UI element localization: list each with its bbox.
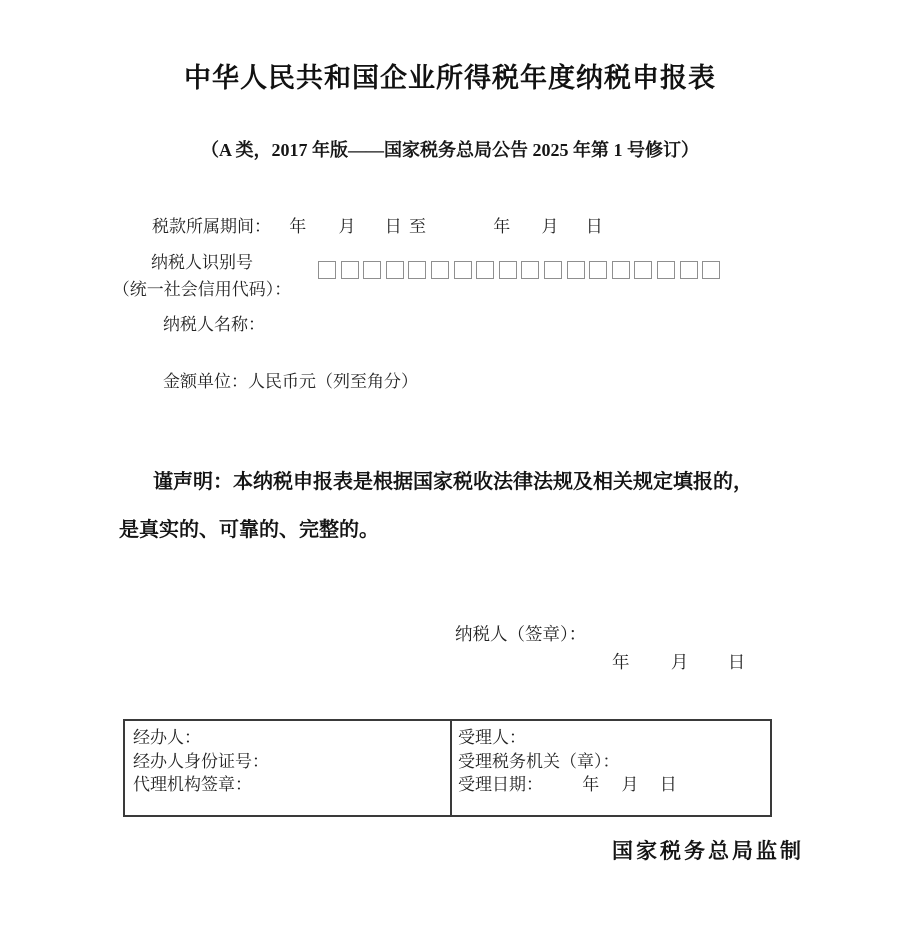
tax-authority-label: 受理税务机关（章）：	[458, 750, 764, 774]
agency-seal-label: 代理机构签章：	[133, 773, 444, 797]
acceptance-date-label: 受理日期：	[458, 773, 543, 797]
acceptance-day-label: 日	[660, 773, 677, 797]
handling-table-left-cell: 经办人： 经办人身份证号： 代理机构签章：	[125, 721, 452, 815]
id-digit-box	[386, 261, 404, 279]
declaration-statement: 谨声明：本纳税申报表是根据国家税收法律法规及相关规定填报的， 是真实的、可靠的、…	[119, 458, 829, 554]
id-digit-box	[499, 261, 517, 279]
taxpayer-id-label-line2: （统一社会信用代码）：	[106, 276, 298, 303]
page-subtitle: （A 类，2017 年版——国家税务总局公告 2025 年第 1 号修订）	[0, 136, 900, 162]
taxpayer-id-label-line1: 纳税人识别号	[106, 249, 298, 276]
handling-table-right-cell: 受理人： 受理税务机关（章）： 受理日期： 年 月 日	[452, 721, 770, 815]
handling-acceptance-table: 经办人： 经办人身份证号： 代理机构签章： 受理人： 受理税务机关（章）： 受理…	[123, 719, 772, 817]
declaration-line1: 谨声明：本纳税申报表是根据国家税收法律法规及相关规定填报的，	[119, 458, 829, 506]
tax-period-label: 税款所属期间：	[152, 212, 271, 237]
signature-year-label: 年	[612, 649, 630, 674]
id-digit-box	[476, 261, 494, 279]
id-digit-box	[612, 261, 630, 279]
id-digit-box	[431, 261, 449, 279]
acceptance-year-label: 年	[582, 773, 599, 797]
id-digit-box	[702, 261, 720, 279]
id-digit-box	[408, 261, 426, 279]
id-digit-box	[341, 261, 359, 279]
period-start-day-label: 日	[385, 212, 402, 237]
id-digit-box	[657, 261, 675, 279]
period-start-year-label: 年	[289, 212, 306, 237]
period-end-year-label: 年	[493, 212, 510, 237]
taxpayer-id-boxes	[318, 261, 720, 279]
id-digit-box	[634, 261, 652, 279]
acceptance-date-row: 受理日期： 年 月 日	[458, 773, 764, 797]
signature-date-row: 年 月 日	[612, 649, 745, 674]
agent-label: 经办人：	[133, 726, 444, 750]
period-end-day-label: 日	[586, 212, 603, 237]
period-to-label: 至	[409, 212, 426, 237]
id-digit-box	[680, 261, 698, 279]
period-start-month-label: 月	[339, 212, 356, 237]
period-end-month-label: 月	[542, 212, 559, 237]
signature-day-label: 日	[728, 649, 746, 674]
taxpayer-name-label: 纳税人名称：	[163, 310, 265, 335]
tax-return-cover-page: 中华人民共和国企业所得税年度纳税申报表 （A 类，2017 年版——国家税务总局…	[0, 0, 900, 936]
agent-id-label: 经办人身份证号：	[133, 750, 444, 774]
signature-month-label: 月	[671, 649, 689, 674]
id-digit-box	[589, 261, 607, 279]
page-title: 中华人民共和国企业所得税年度纳税申报表	[0, 56, 900, 95]
id-digit-box	[454, 261, 472, 279]
taxpayer-id-label: 纳税人识别号 （统一社会信用代码）：	[106, 249, 298, 303]
declaration-line2: 是真实的、可靠的、完整的。	[119, 506, 829, 554]
issuer-label: 国家税务总局监制	[612, 835, 804, 865]
id-digit-box	[544, 261, 562, 279]
acceptance-month-label: 月	[622, 773, 639, 797]
id-digit-box	[318, 261, 336, 279]
currency-unit-label: 金额单位：人民币元（列至角分）	[163, 367, 418, 392]
id-digit-box	[521, 261, 539, 279]
id-digit-box	[567, 261, 585, 279]
taxpayer-signature-label: 纳税人（签章）：	[455, 621, 586, 646]
receiver-label: 受理人：	[458, 726, 764, 750]
tax-period-row: 税款所属期间： 年 月 日 至 年 月 日	[152, 212, 603, 237]
id-digit-box	[363, 261, 381, 279]
